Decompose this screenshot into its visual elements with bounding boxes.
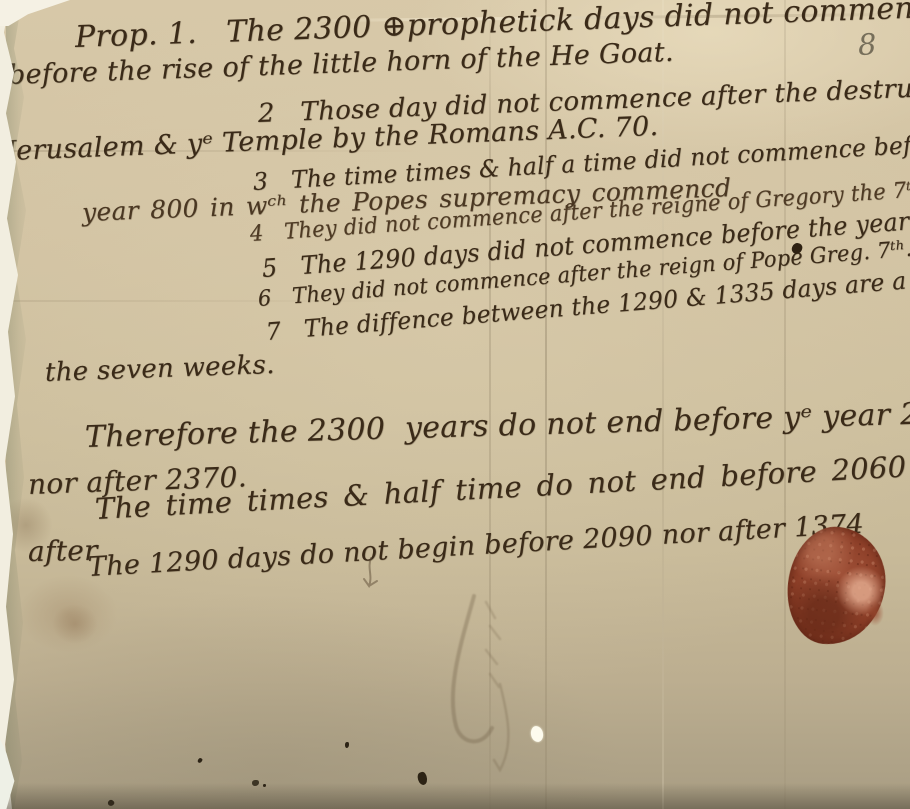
- wax-fleck: [866, 600, 884, 626]
- manuscript-line-therefore: Therefore the 2300 years do not end befo…: [85, 395, 910, 455]
- ink-bleedthrough-mark: [428, 588, 548, 783]
- manuscript-photo: Prop. 1. The 2300 ⊕prophetick days did n…: [0, 0, 910, 809]
- torn-top-left-corner: [0, 0, 70, 26]
- page-number: 8: [857, 27, 878, 62]
- ink-speck: [345, 742, 349, 748]
- ink-speck: [197, 757, 203, 763]
- small-stray-mark: [362, 556, 382, 592]
- bottom-shadow-edge: [0, 783, 910, 809]
- paper-sheet: Prop. 1. The 2300 ⊕prophetick days did n…: [0, 0, 910, 809]
- paper-stain: [52, 604, 98, 644]
- manuscript-line-7-cont: the seven weeks.: [44, 350, 275, 388]
